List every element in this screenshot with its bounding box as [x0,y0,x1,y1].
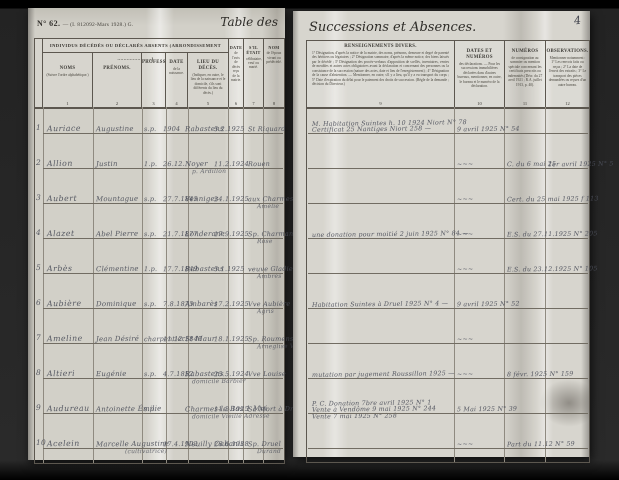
cell-numeros-sommier: Part du 11.12 N° 59 [507,441,575,449]
cell-profession: s.p. [144,125,157,133]
table-row: une donation pour moitié 2 juin 1925 N° … [307,212,589,247]
cell-profession: s.p. [144,195,157,203]
cell-nom: Allion [47,159,73,168]
column-header-observations: OBSERVATIONS. Mentionner notamment : 1° … [545,41,589,107]
cell-prenoms: Abel Pierre [96,230,138,239]
column-header-epoux: NOM de l'époux vivant ou prédécédé. 8 [263,39,284,107]
table-row: 2 Allion Justin 1.p. 26.12. Noyer p. Ard… [35,142,284,177]
cell-lieu-note: p. Ardillon [192,168,226,175]
cell-prenoms: Justin [96,160,118,168]
column-header-avis: DATE de l'avis de décès reçu de la mairi… [228,39,243,107]
cell-nom: Aubert [47,194,77,203]
scanned-ledger-spread: { "colors":{"paper_left":"#d2d0c8","pape… [0,0,619,480]
cell-dates-numeros: ~~~ [457,196,474,203]
table-row: 8 Altieri Eugénie s.p. 4.7.1852 Rabasten… [35,352,284,387]
cell-nom: Auriace [47,124,81,133]
table-row: ~~~ C. du 6 mai 25 1er avril 1925 N° 5 [307,142,589,177]
cell-dates-numeros: ~~~ [457,441,474,448]
cell-prenoms: Dominique [96,300,136,308]
cell-profession: 1.p. [144,160,157,168]
table-row: 6 Aubière Dominique s.p. 7.8.1875 Ambarè… [35,282,284,317]
cell-ordre: 2 [36,158,41,167]
cell-profession-note: (cultivatrice) [125,448,167,456]
left-table-header: INDIVIDUS DÉCÉDÉS OU DÉCLARÉS ABSENTS (A… [35,39,284,109]
cell-epoux-note: Ambres [257,273,282,280]
left-table-body: 1 Auriace Augustine s.p. 1904 Rabastens … [35,107,284,463]
table-row: Habitation Suintes à Druel 1925 N° 4 — 9… [307,282,589,317]
cell-dates-numeros: ~~~ [457,371,474,378]
cell-dates-numeros: 9 avril 1925 N° 54 [457,126,520,134]
title-left-part: Table des [220,15,278,29]
cell-profession: s.p. [144,300,157,308]
column-header-dates-numeros: DATES ET NUMÉROS des déclarations. — Pou… [454,41,504,107]
cell-ordre: 9 [36,403,41,412]
cell-profession: s.p. [144,405,157,413]
cell-ordre: 4 [36,228,41,237]
right-table: RENSEIGNEMENTS DIVERS. 1° Désignation, d… [306,40,590,463]
cell-lieu-deces: St Maur [185,335,216,343]
cell-dates-numeros: 9 avril 1925 N° 52 [457,301,520,309]
ledger-left-page: N° 62. — (I. 812092-Mars 1928.) G. Table… [28,8,285,460]
cell-numeros-sommier: 8 févr. 1925 N° 159 [507,371,574,379]
cell-nom: Arbès [47,264,73,273]
cell-nom: Altieri [47,369,75,378]
table-row: 7 Ameline Jean Désiré charpentier 11.12.… [35,317,284,352]
column-header-lieu: LIEU DU DÉCÈS. (Indiquer, en outre, le l… [188,52,228,107]
column-header-renseignements: RENSEIGNEMENTS DIVERS. 1° Désignation, d… [307,41,454,107]
right-masthead: Successions et Absences. 4 [293,11,590,41]
cell-prenoms: Mountague [96,195,138,204]
cell-date-deces: 11.2.1924 [214,160,249,168]
cell-date-deces: 17.2.1925 [214,300,249,308]
doc-ref-text: — (I. 812092-Mars 1928.) G. [63,22,134,28]
table-row: ~~~ Cert. du 25 mai 1925 f 113 [307,177,589,212]
cell-epoux-note: Rose [257,238,273,245]
cell-profession: s.p. [144,370,157,378]
cell-ordre: 10 [36,438,46,447]
cell-epoux-note: Agris [257,308,274,315]
cell-date-deces: 18.1.1925 [214,335,249,343]
cell-ordre: 1 [36,123,41,132]
cell-prenoms: Eugénie [96,370,127,378]
column-header-ordre [35,39,43,107]
document-number: N° 62. — (I. 812092-Mars 1928.) G. [37,19,133,28]
handwritten-page-number: 4 [573,14,582,28]
cell-date-deces: 25.5.1924 [214,370,249,378]
table-row: ~~~ E.S. du 23.12.1925 N° 105 [307,247,589,282]
cell-prenoms: Marcelle Augustine [96,440,169,449]
cell-epoux-note: Durand [257,448,281,455]
cell-nom: Acelein [47,439,80,448]
cell-nom: Audureau [47,404,90,414]
table-row: 4 Alazet Abel Pierre s.p. 21.7.1877 Lond… [35,212,284,247]
cell-dates-numeros: ~~~ [457,231,474,238]
cell-numeros-sommier: Cert. du 25 mai 1925 f 113 [507,195,599,203]
cell-nom: Aubière [47,299,82,308]
cell-date-naissance: 1904 [163,125,180,133]
cell-renseignements: Habitation Suintes à Druel 1925 N° 4 — [312,300,448,309]
ledger-right-page: Successions et Absences. 4 RENSEIGNEMENT… [293,11,590,457]
cell-numeros-sommier: E.S. du 23.12.1925 N° 105 [507,265,598,273]
cell-date-deces: 5.2.1925 [214,125,245,133]
cell-profession: s.p. [144,230,157,238]
cell-dates-numeros: ~~~ [457,336,474,343]
cell-numeros-sommier: E.S. du 27.11.1925 N° 205 [507,230,598,238]
title-right-part: Successions et Absences. [309,20,476,35]
table-row: ~~~ Part du 11.12 N° 59 [307,422,589,457]
cell-dates-numeros: ~~~ [457,266,474,273]
cell-profession: 1.p. [144,265,157,273]
cell-epoux: Vve Louise [248,370,286,378]
column-header-etat-civil: S'IL ÉTAIT célibataire, veuf ou marié. 7 [243,39,263,107]
cell-date-deces: 11.2.1925 [214,405,249,413]
cell-epoux-note: Amélie [257,203,279,210]
cell-lieu-deces: Ambarès [185,300,218,308]
table-row: 1 Auriace Augustine s.p. 1904 Rabastens … [35,107,284,142]
cell-renseignements: mutation par jugement Roussillon 1925 — [312,370,455,379]
cell-dates-numeros: ~~~ [457,161,474,168]
right-table-header: RENSEIGNEMENTS DIVERS. 1° Désignation, d… [307,41,589,109]
cell-renseignements: Vente à Vendôme 9 mai 1925 N° 244 [312,405,436,414]
cell-date-deces: 26.6.1928 [214,440,249,448]
column-header-noms: NOMS (Suivre l'ordre alphabétique.) 1 [43,52,93,107]
left-masthead: N° 62. — (I. 812092-Mars 1928.) G. Table… [28,8,285,38]
cell-ordre: 7 [36,333,41,342]
table-row: 9 Audureau Antoinette Émilie s.p. Charme… [35,387,284,422]
cell-prenoms: Jean Désiré [96,335,139,344]
cell-date-deces: 5.1.1925 [214,265,245,273]
doc-no-text: N° 62. [37,19,60,28]
cell-lieu-note: domicile Barbier [192,378,246,386]
cell-prenoms: Clémentine [96,265,139,274]
left-table: INDIVIDUS DÉCÉDÉS OU DÉCLARÉS ABSENTS (A… [34,38,285,464]
column-header-professions: PROFESSIONS. 3 [142,52,166,107]
table-row: 10 Acelein Marcelle Augustine (cultivatr… [35,422,284,457]
table-row: M. Habitation Suintes h. 10 1924 Niort N… [307,107,589,142]
table-row: mutation par jugement Roussillon 1925 — … [307,352,589,387]
cell-epoux: Rouen [248,160,270,168]
column-header-date: DATE de la naissance. 4 [166,52,188,107]
column-header-numeros-sommier: NUMÉROS de consignation au sommier ou me… [504,41,545,107]
cell-nom: Ameline [47,334,83,343]
right-table-body: M. Habitation Suintes h. 10 1924 Niort N… [307,107,589,462]
cell-renseignements: Vente 7 mai 1925 N° 258 [312,412,397,420]
cell-observations: 1er avril 1925 N° 5 [548,161,614,169]
cell-renseignements: une donation pour moitié 2 juin 1925 N° … [312,230,469,239]
cell-date-deces: 17.9.1925 [214,230,249,238]
cell-ordre: 6 [36,298,41,307]
cell-prenoms: Augustine [96,125,134,133]
cell-lieu-deces: Noyer [185,160,208,168]
cell-ordre: 8 [36,368,41,377]
cell-dates-numeros: 5 Mai 1925 N° 39 [457,406,517,414]
cell-nom: Alazet [47,229,75,238]
table-row: P. C. Donation 7bre avril 1925 N° 1 Vent… [307,387,589,422]
cell-lieu-note: domicile Vieille Adresse [192,413,270,421]
cell-ordre: 3 [36,193,41,202]
cell-renseignements: Certificat 25 Nantiges Niort 258 — [312,125,431,133]
column-header-prenoms: PRÉNOMS. 2 [93,52,142,107]
cell-epoux: St Riquard [248,125,286,133]
table-row: 3 Aubert Mountague s.p. 27.7.1845 Vennig… [35,177,284,212]
table-row: ~~~ [307,317,589,352]
group-title: INDIVIDUS DÉCÉDÉS OU DÉCLARÉS ABSENTS (A… [43,39,228,53]
cell-date-naissance: 26.12. [163,160,185,168]
cell-ordre: 5 [36,263,41,272]
cell-date-deces: 24.1.1925 [214,195,249,203]
table-row: 5 Arbès Clémentine 1.p. 17.7.1849 Rabast… [35,247,284,282]
